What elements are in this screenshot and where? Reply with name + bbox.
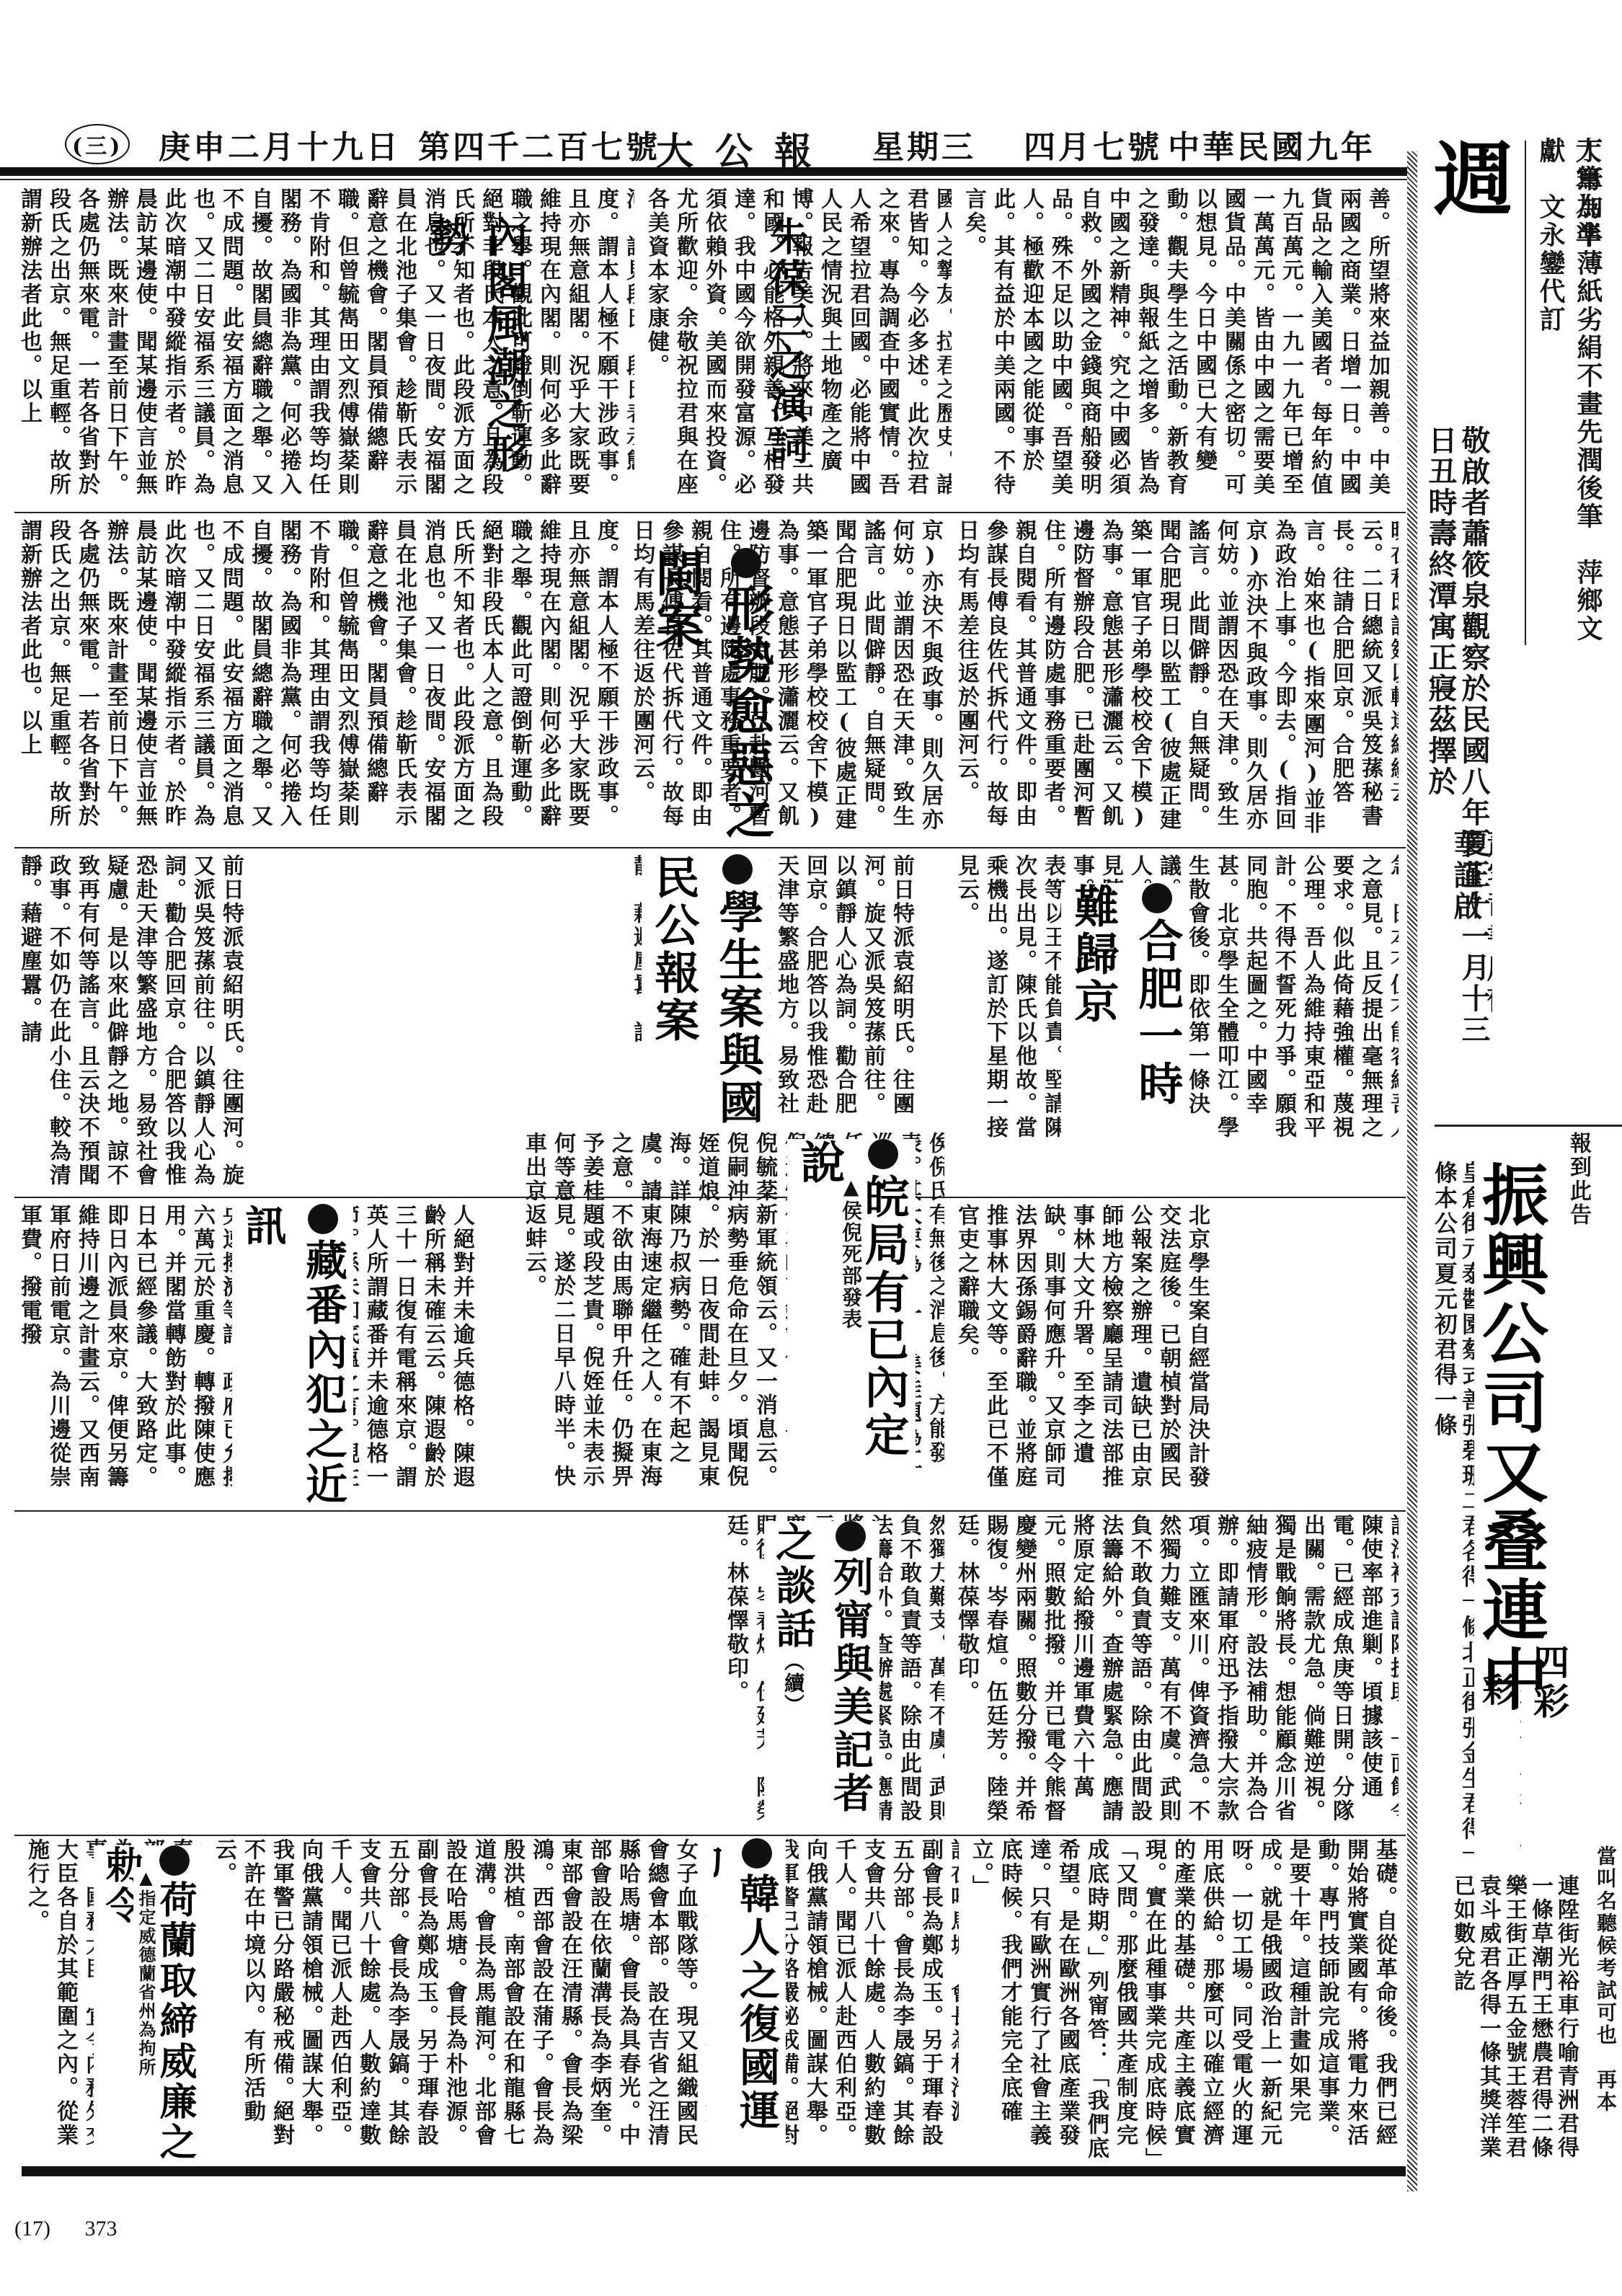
article-tibet: 藏番內犯之近訊 人絕對并未逾兵德格。陳遐齡所稱未確云云。陳遐齡於三十一日復有電稱… [14,1204,512,1507]
ad-separator [1435,1125,1622,1127]
lottery-winners-2: 連陞街光裕車行喻青洲君得一條草潮門王懋農君得二條樂王街正厚五金號王蓉笙君袁斗威君… [1449,1874,1593,2177]
obituary-signature: 蕭宅司書唐郁華謹啟 [1449,829,1492,1045]
article-students-gazette: 學生案與國民公報案 前日特派袁紹明氏。往團河。旋又派吳笈蓀前往。以鎮靜人心為詞。… [627,854,944,1128]
page-index: (17) [14,2217,50,2240]
bullet-icon [742,1838,772,1869]
article-anhui: 皖局有已內定說 ▲侯倪死部發表 政府對於皖局計畫。已有決定。惟俟倪氏有無後之消息… [519,1132,944,1492]
bullet-icon [731,548,761,578]
bottom-rule [22,2166,1406,2176]
article-students-fuzhou: 合肥一時難歸京 民公鑒。福州交涉。現趨危急。日本不但不能容納吾人之意見。且反提出… [952,854,1399,1153]
bullet-icon [308,1204,338,1234]
headline-cabinet: 內閣風潮之形勢 [418,216,533,505]
row-rule-2 [14,847,1406,848]
masthead-rule [0,167,1413,176]
article-supervising-army: 為督軍代表方面之消息。總之閣潮一時決不會平。而靳氏決不會倒。此十日之總形勢也。又… [952,519,1399,843]
article-tibet-telegram: 誌如下。「街騎」藏番內侵一事。前據尹處長報告。曾經國務會議決定撥款六十萬元。以作… [952,1514,1399,1831]
article-eastern-economy: 東方經濟商業及政治上皆見進步。歐洲大戰中。吾人已知通力合作之易於成事。彼今日亦欲… [959,187,1399,505]
headline-hefei: 合肥一時難歸京 [1061,883,1189,1153]
article-holland: 荷蘭取締威廉之勅令 ▲指定威德蘭省州為拘所 荷蘭之國務總理。關於取締德皇問題。曾… [22,1838,202,2163]
masthead: (三) 庚申二月十九日 第四千二百七號 大公報 星期三 四月七號 中華民國九年 [43,121,1312,172]
bullet-icon [159,1845,190,1876]
article-cabinet-continued: 一時激憤作口頭上之辭職。至二日下午。因各處挽留。此事亦已和緩。但近日之政潮。兔起… [14,519,620,843]
article-korea: 韓人之復國運動 吉林確訊。韓獨立黨近在延吉一帶。設立機關甚多。如新民團。正義團。… [714,1838,959,2163]
bullet-icon [836,1521,866,1551]
row-rule-5 [14,1835,1406,1836]
headline-zhu-baosan: 朱葆三之演詞 [759,216,815,467]
row-rule [14,512,1406,513]
article-korea-body: 吉林確訊。韓獨立黨近在延吉一帶。設立機關甚多。如新民團。正義團。野團。火團。放火… [209,1838,706,2163]
column-divider [1407,151,1417,2191]
article-lenin: 列甯與美記者之談話（續） 誌如下。「街騎」藏番內侵一事。前據尹處長報告。曾經國務… [721,1514,944,1831]
article-lenin-body: 續說道「我們想把俄國全體底產業組織。依着為社會主義的基礎。自從革命後。我們已經開… [966,1838,1399,2163]
portrait-ad-line: 中畫肖像均面議 以上概照英尺計算均以大寫為準 [1568,137,1611,656]
republic-year: 中華民國九年 [1168,121,1375,167]
bullet-icon [722,854,753,885]
masthead-rule-thin [0,179,1413,180]
article-soviet-policy [14,1514,714,1831]
lottery-prize-1: 商會券二三四彩 [1528,1644,1572,1845]
page-marker: (三) [65,124,130,164]
row-rule-4 [14,1510,1406,1512]
article-students-gazette-body: 北京學生案自經當局決計發交法庭後。已朝楨對於國民公報案之辦理。遺缺已由京師地方檢… [952,1204,1399,1492]
bullet-icon [868,1139,898,1169]
article-situation-worse: 形勢愈惡之閩案 為督軍代表方面之消息。總之閣潮一時決不會平。而靳氏決不會倒。此十… [627,519,944,843]
article-cabinet-trend: 內閣風潮之形勢 一時激憤作口頭上之辭職。至二日下午。因各處挽留。此事亦已和緩。但… [14,187,634,505]
headline-students-gazette: 學生案與國民公報案 [642,854,770,1128]
headline-situation: 形勢愈惡之閩案 [642,548,781,843]
school-notice: 校定於三月二十九號開課各班學生務於期前來校報到此告 [1564,1132,1593,1636]
headline-lenin: 列甯與美記者之談話（續） [764,1521,879,1831]
weekday: 星期三 [872,121,976,167]
headline-korea: 韓人之復國運動 [714,1838,786,2163]
bullet-icon [1142,883,1172,913]
ad-divider [1525,141,1526,645]
lunar-date: 庚申二月十九日 [159,121,401,167]
issue-number: 第四千二百七號 [418,121,660,167]
lottery-prize-2: 綏遠正券五彩 [1478,1672,1521,1874]
article-zhu-baosan: 朱葆三之演詞 余今晚竭誠歡迎拉門德君為中國人之摯友。拉君之歷史。諸君皆知。今必多… [642,187,952,505]
western-date: 四月七號 [1024,121,1162,167]
page-number: 373 [84,2217,117,2240]
lottery-winners: 皇倉街元泰醬園蔡式善張碧珊二君各得一條北正街張金生君得一條本公司夏元初君得一條 [1431,1161,1474,1881]
obituary-title: 懇計不週 [1424,137,1510,440]
right-edge-ad: 當叫名聽候考試可也 再本 [1593,1845,1622,2170]
headline-tibet: 藏番內犯之近訊 [232,1204,353,1507]
page-footer: (17) 373 [14,2217,146,2241]
